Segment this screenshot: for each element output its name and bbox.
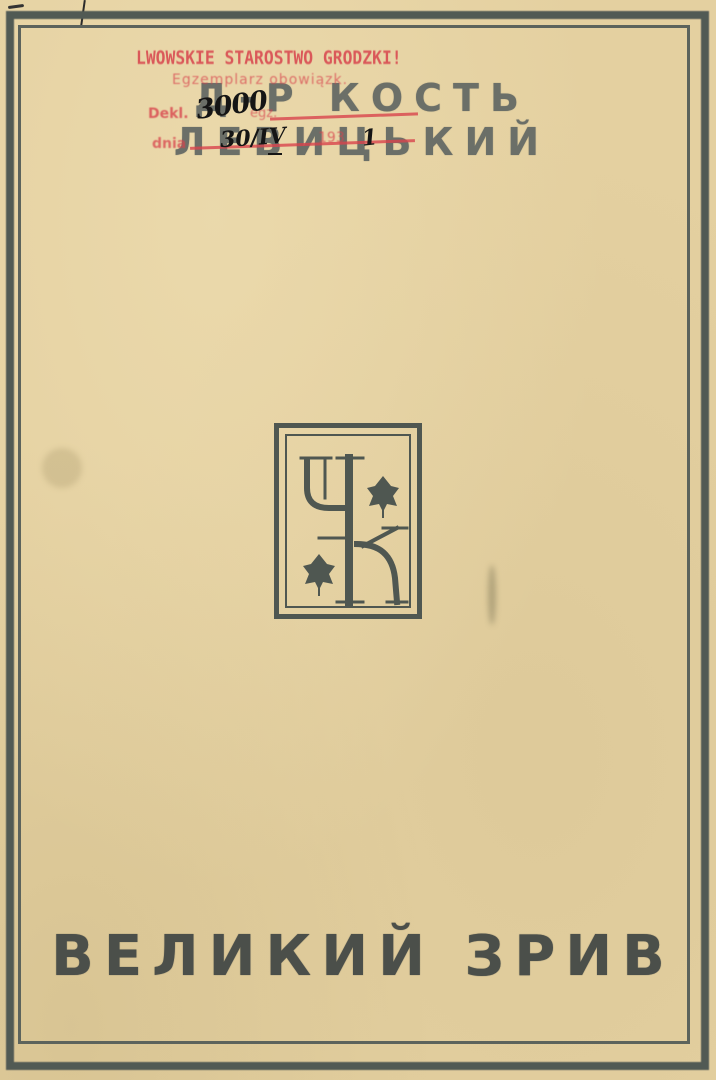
- handwritten-underline: [268, 153, 282, 155]
- handwritten-year: 1: [361, 124, 379, 151]
- publisher-monogram-icon: [279, 428, 427, 624]
- pen-mark: [8, 4, 24, 9]
- stamp-dekl-label: Dekl.: [148, 106, 189, 122]
- author-name: Д-Р КОСТЬ ЛЕВИЦЬКИЙ: [0, 76, 716, 164]
- stamp-date-label: dnia: [152, 136, 186, 152]
- book-title: ВЕЛИКИЙ ЗРИВ: [0, 924, 716, 989]
- book-cover-page: Д-Р КОСТЬ ЛЕВИЦЬКИЙ LWOWSKIE STAROSTWO G…: [0, 0, 716, 1080]
- stamp-year-prefix: 193: [318, 130, 345, 146]
- paper-stain: [42, 448, 82, 488]
- publisher-mark: [274, 423, 422, 619]
- handwritten-date: 30/IV: [219, 123, 287, 154]
- stamp-header: LWOWSKIE STAROSTWO GRODZKI!: [136, 47, 402, 69]
- paper-stain: [488, 565, 496, 625]
